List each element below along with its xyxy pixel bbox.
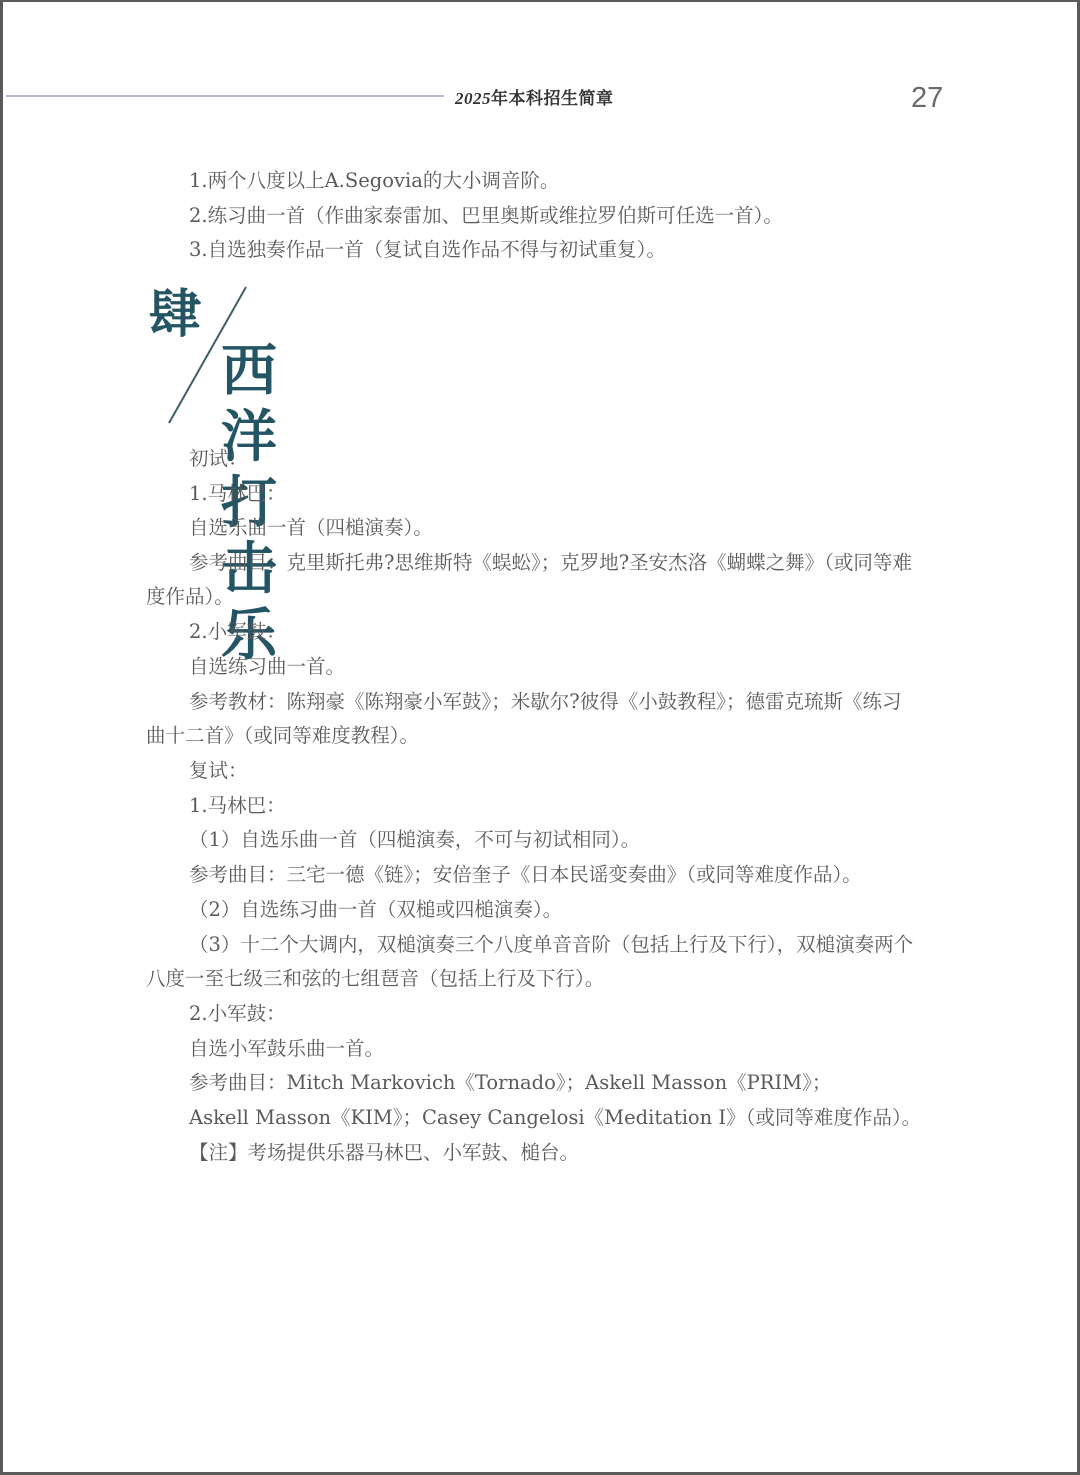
content-line: 参考曲目：Mitch Markovich《Tornado》；Askell Mas… [189, 1066, 831, 1101]
content-line: 2.小军鼓： [189, 997, 286, 1032]
content-line: 2.小军鼓： [189, 615, 286, 650]
content-line: 【注】考场提供乐器马林巴、小军鼓、槌台。 [189, 1136, 579, 1171]
section-number: 肆 [149, 285, 201, 345]
content-line: （2）自选练习曲一首（双槌或四槌演奏）。 [189, 893, 562, 928]
content-line: （3）十二个大调内，双槌演奏三个八度单音音阶（包括上行及下行），双槌演奏两个 [189, 928, 913, 963]
content-line: 参考曲目：克里斯托弗?思维斯特《蜈蚣》；克罗地?圣安杰洛《蝴蝶之舞》（或同等难 [189, 546, 912, 581]
content-line: 八度一至七级三和弦的七组琶音（包括上行及下行）。 [146, 962, 604, 997]
content-line: 1.马林巴： [189, 477, 286, 512]
content-line: 自选乐曲一首（四槌演奏）。 [189, 511, 433, 546]
content-line: 参考曲目：三宅一德《链》；安倍奎子《日本民谣变奏曲》（或同等难度作品）。 [189, 858, 862, 893]
content-line: 自选小军鼓乐曲一首。 [189, 1032, 384, 1067]
content-line: 复试： [189, 754, 248, 789]
content-line: Askell Masson《KIM》；Casey Cangelosi《Medit… [189, 1101, 921, 1136]
content-line: 1.马林巴： [189, 789, 286, 824]
content-line: 初试： [189, 442, 248, 477]
content-line: 度作品）。 [146, 580, 234, 615]
content-line: 参考教材：陈翔豪《陈翔豪小军鼓》；米歇尔?彼得《小鼓教程》；德雷克琉斯《练习 [189, 685, 901, 720]
content-line: （1）自选乐曲一首（四槌演奏，不可与初试相同）。 [189, 823, 640, 858]
content-line: 曲十二首》（或同等难度教程）。 [146, 719, 419, 754]
document-page: 2025年本科招生简章 27 1.两个八度以上A.Segovia的大小调音阶。 … [0, 0, 1080, 1475]
content-line: 自选练习曲一首。 [189, 650, 345, 685]
section-divider-slash [3, 2, 1080, 442]
